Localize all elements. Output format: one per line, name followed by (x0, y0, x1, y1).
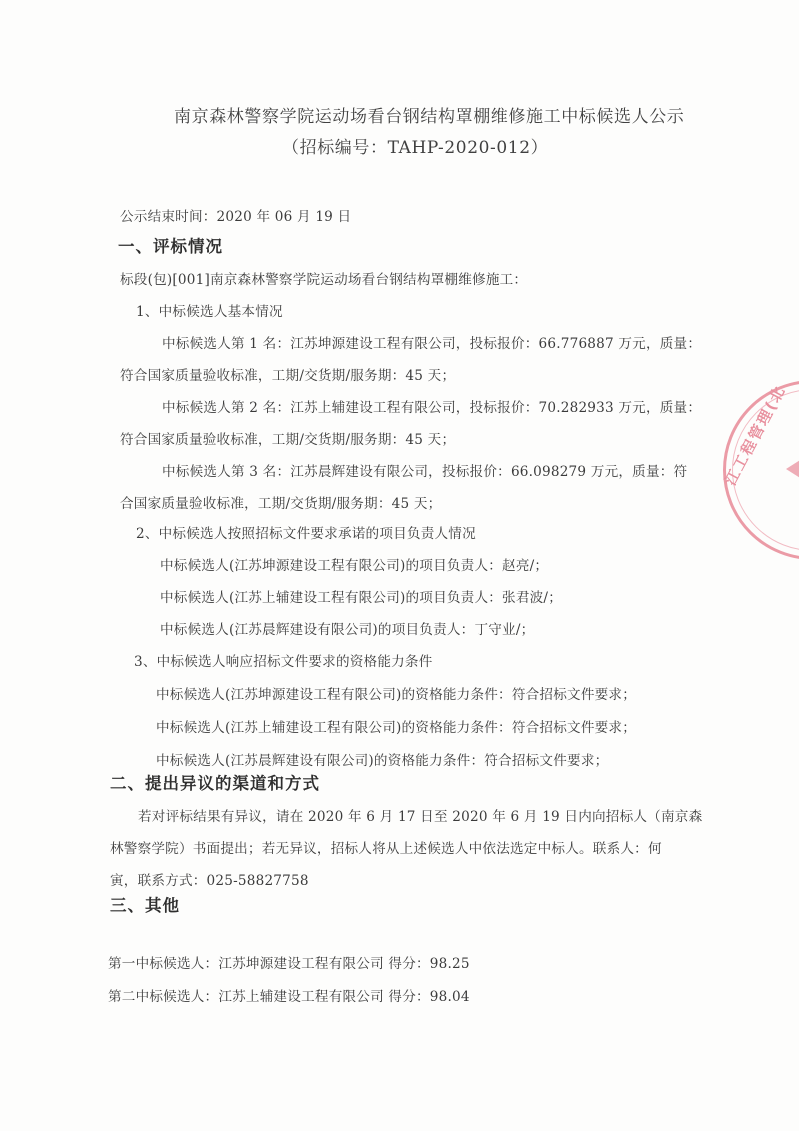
official-seal-stamp: 江工程管理(北 (723, 380, 799, 560)
candidate-1-line-2: 符合国家质量验收标准，工期/交货期/服务期：45 天； (120, 364, 455, 384)
candidate-2-line-1: 中标候选人第 2 名：江苏上辅建设工程有限公司，投标报价：70.282933 万… (162, 396, 701, 416)
section-2-heading: 二、提出异议的渠道和方式 (110, 770, 320, 794)
section-1-heading: 一、评标情况 (118, 233, 223, 257)
project-manager-1: 中标候选人(江苏坤源建设工程有限公司)的项目负责人：赵亮/； (160, 554, 548, 574)
objection-paragraph-line-2: 林警察学院）书面提出；若无异议，招标人将从上述候选人中依法选定中标人。联系人：何 (110, 837, 662, 857)
candidate-3-line-1: 中标候选人第 3 名：江苏晨辉建设有限公司，投标报价：66.098279 万元，… (162, 460, 687, 480)
section-3-heading: 三、其他 (110, 892, 180, 916)
candidate-1-line-1: 中标候选人第 1 名：江苏坤源建设工程有限公司，投标报价：66.776887 万… (162, 332, 701, 352)
qualification-1: 中标候选人(江苏坤源建设工程有限公司)的资格能力条件：符合招标文件要求； (156, 683, 636, 703)
tender-number: （招标编号：TAHP-2020-012） (282, 133, 548, 158)
project-manager-3: 中标候选人(江苏晨辉建设有限公司)的项目负责人：丁守业/； (160, 618, 534, 638)
subsection-1-heading: 1、中标候选人基本情况 (136, 300, 283, 320)
document-title: 南京森林警察学院运动场看台钢结构罩棚维修施工中标候选人公示 (174, 102, 684, 127)
candidate-3-line-2: 合国家质量验收标准，工期/交货期/服务期：45 天； (120, 492, 441, 512)
qualification-2: 中标候选人(江苏上辅建设工程有限公司)的资格能力条件：符合招标文件要求； (156, 716, 636, 736)
candidate-2-line-2: 符合国家质量验收标准，工期/交货期/服务期：45 天； (120, 428, 455, 448)
project-manager-2: 中标候选人(江苏上辅建设工程有限公司)的项目负责人：张君波/； (160, 586, 562, 606)
lot-description: 标段(包)[001]南京森林警察学院运动场看台钢结构罩棚维修施工： (120, 268, 527, 288)
subsection-3-heading: 3、中标候选人响应招标文件要求的资格能力条件 (134, 650, 433, 670)
score-first-candidate: 第一中标候选人：江苏坤源建设工程有限公司 得分：98.25 (108, 952, 470, 972)
score-second-candidate: 第二中标候选人：江苏上辅建设工程有限公司 得分：98.04 (108, 985, 470, 1005)
qualification-3: 中标候选人(江苏晨辉建设有限公司)的资格能力条件：符合招标文件要求； (156, 749, 608, 769)
seal-star-icon (786, 455, 799, 483)
objection-paragraph-line-3: 寅，联系方式：025-58827758 (110, 869, 309, 889)
objection-paragraph-line-1: 若对评标结果有异议，请在 2020 年 6 月 17 日至 2020 年 6 月… (138, 805, 702, 825)
subsection-2-heading: 2、中标候选人按照招标文件要求承诺的项目负责人情况 (136, 522, 476, 542)
publication-end-time: 公示结束时间：2020 年 06 月 19 日 (120, 205, 351, 225)
